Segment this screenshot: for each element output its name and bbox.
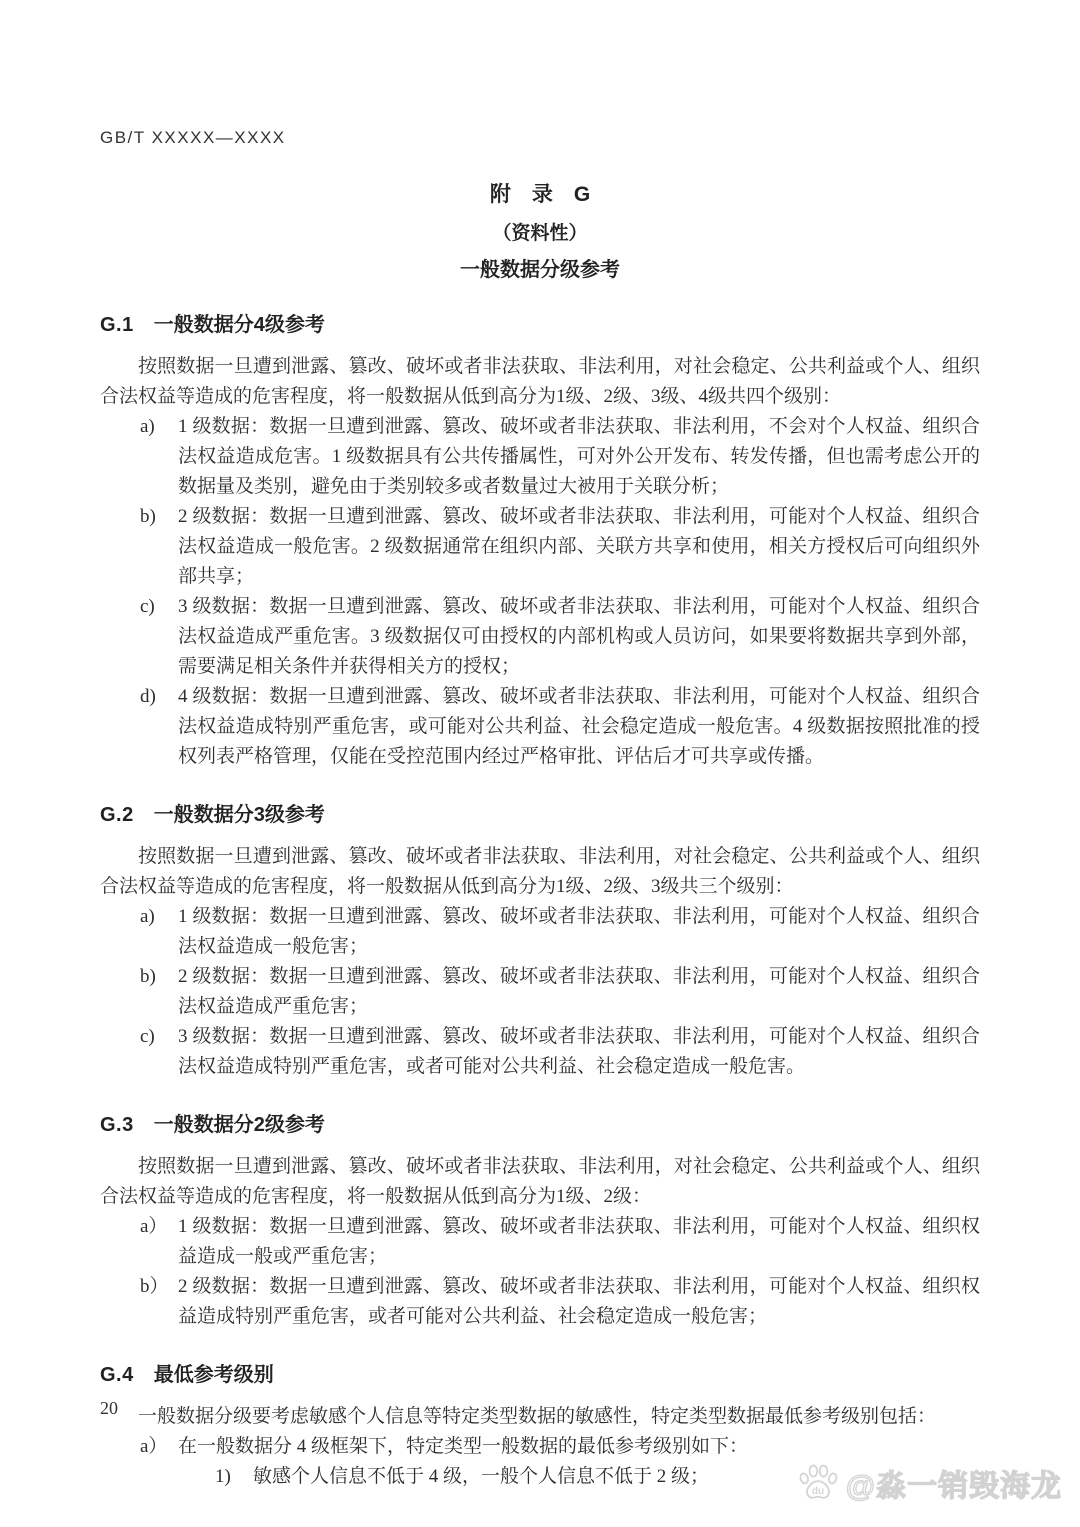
item-text: 3 级数据：数据一旦遭到泄露、篡改、破坏或者非法获取、非法利用，可能对个人权益、… <box>178 1022 980 1082</box>
appendix-title-block: 附 录 G （资料性） 一般数据分级参考 <box>100 178 980 282</box>
item-text: 1 级数据：数据一旦遭到泄露、篡改、破坏或者非法获取、非法利用，不会对个人权益、… <box>178 412 980 502</box>
list-item: c) 3 级数据：数据一旦遭到泄露、篡改、破坏或者非法获取、非法利用，可能对个人… <box>100 592 980 682</box>
section-heading-g1: G.1一般数据分4级参考 <box>100 312 980 338</box>
document-code: GB/T XXXXX—XXXX <box>100 128 980 148</box>
list-item: b） 2 级数据：数据一旦遭到泄露、篡改、破坏或者非法获取、非法利用，可能对个人… <box>100 1272 980 1332</box>
section-title: 一般数据分2级参考 <box>154 1114 325 1136</box>
item-marker: a） <box>140 1432 178 1492</box>
baidu-paw-icon: du <box>796 1461 840 1505</box>
list-item: d) 4 级数据：数据一旦遭到泄露、篡改、破坏或者非法获取、非法利用，可能对个人… <box>100 682 980 772</box>
page-number: 20 <box>100 1398 118 1419</box>
item-text: 2 级数据：数据一旦遭到泄露、篡改、破坏或者非法获取、非法利用，可能对个人权益、… <box>178 1272 980 1332</box>
item-text: 3 级数据：数据一旦遭到泄露、篡改、破坏或者非法获取、非法利用，可能对个人权益、… <box>178 592 980 682</box>
item-text: 1 级数据：数据一旦遭到泄露、篡改、破坏或者非法获取、非法利用，可能对个人权益、… <box>178 902 980 962</box>
list-item: b) 2 级数据：数据一旦遭到泄露、篡改、破坏或者非法获取、非法利用，可能对个人… <box>100 502 980 592</box>
section-intro: 一般数据分级要考虑敏感个人信息等特定类型数据的敏感性，特定类型数据最低参考级别包… <box>100 1402 980 1432</box>
section-intro: 按照数据一旦遭到泄露、篡改、破坏或者非法获取、非法利用，对社会稳定、公共利益或个… <box>100 842 980 902</box>
section-number: G.2 <box>100 802 134 828</box>
item-text: 2 级数据：数据一旦遭到泄露、篡改、破坏或者非法获取、非法利用，可能对个人权益、… <box>178 962 980 1022</box>
list-item: b) 2 级数据：数据一旦遭到泄露、篡改、破坏或者非法获取、非法利用，可能对个人… <box>100 962 980 1022</box>
section-title: 一般数据分3级参考 <box>154 804 325 826</box>
item-text: 在一般数据分 4 级框架下，特定类型一般数据的最低参考级别如下： <box>178 1436 748 1457</box>
item-text: 1 级数据：数据一旦遭到泄露、篡改、破坏或者非法获取、非法利用，可能对个人权益、… <box>178 1212 980 1272</box>
section-number: G.1 <box>100 312 134 338</box>
section-heading-g4: G.4最低参考级别 <box>100 1362 980 1388</box>
item-marker: 1) <box>215 1462 253 1492</box>
section-intro: 按照数据一旦遭到泄露、篡改、破坏或者非法获取、非法利用，对社会稳定、公共利益或个… <box>100 352 980 412</box>
section-title: 最低参考级别 <box>154 1364 274 1386</box>
list-item: c) 3 级数据：数据一旦遭到泄露、篡改、破坏或者非法获取、非法利用，可能对个人… <box>100 1022 980 1082</box>
section-intro: 按照数据一旦遭到泄露、篡改、破坏或者非法获取、非法利用，对社会稳定、公共利益或个… <box>100 1152 980 1212</box>
watermark-text: @淼一销毁海龙 <box>846 1461 1062 1505</box>
item-marker: b) <box>140 962 178 1022</box>
item-marker: c) <box>140 592 178 682</box>
item-marker: b) <box>140 502 178 592</box>
item-marker: c) <box>140 1022 178 1082</box>
item-marker: a) <box>140 412 178 502</box>
list-item: a) 1 级数据：数据一旦遭到泄露、篡改、破坏或者非法获取、非法利用，可能对个人… <box>100 902 980 962</box>
item-marker: a) <box>140 902 178 962</box>
section-title: 一般数据分4级参考 <box>154 314 325 336</box>
item-text: 2 级数据：数据一旦遭到泄露、篡改、破坏或者非法获取、非法利用，可能对个人权益、… <box>178 502 980 592</box>
appendix-subject: 一般数据分级参考 <box>100 253 980 282</box>
item-marker: d) <box>140 682 178 772</box>
list-item: a） 1 级数据：数据一旦遭到泄露、篡改、破坏或者非法获取、非法利用，可能对个人… <box>100 1212 980 1272</box>
appendix-title: 附 录 G <box>100 178 980 208</box>
section-number: G.3 <box>100 1112 134 1138</box>
section-heading-g2: G.2一般数据分3级参考 <box>100 802 980 828</box>
paw-icon-label: du <box>812 1486 824 1497</box>
appendix-type: （资料性） <box>100 218 980 245</box>
watermark: du @淼一销毁海龙 <box>796 1461 1062 1505</box>
item-text: 4 级数据：数据一旦遭到泄露、篡改、破坏或者非法获取、非法利用，可能对个人权益、… <box>178 682 980 772</box>
section-heading-g3: G.3一般数据分2级参考 <box>100 1112 980 1138</box>
item-marker: a） <box>140 1212 178 1272</box>
document-page: GB/T XXXXX—XXXX 附 录 G （资料性） 一般数据分级参考 G.1… <box>0 0 1080 1527</box>
item-marker: b） <box>140 1272 178 1332</box>
section-number: G.4 <box>100 1362 134 1388</box>
list-item: a) 1 级数据：数据一旦遭到泄露、篡改、破坏或者非法获取、非法利用，不会对个人… <box>100 412 980 502</box>
